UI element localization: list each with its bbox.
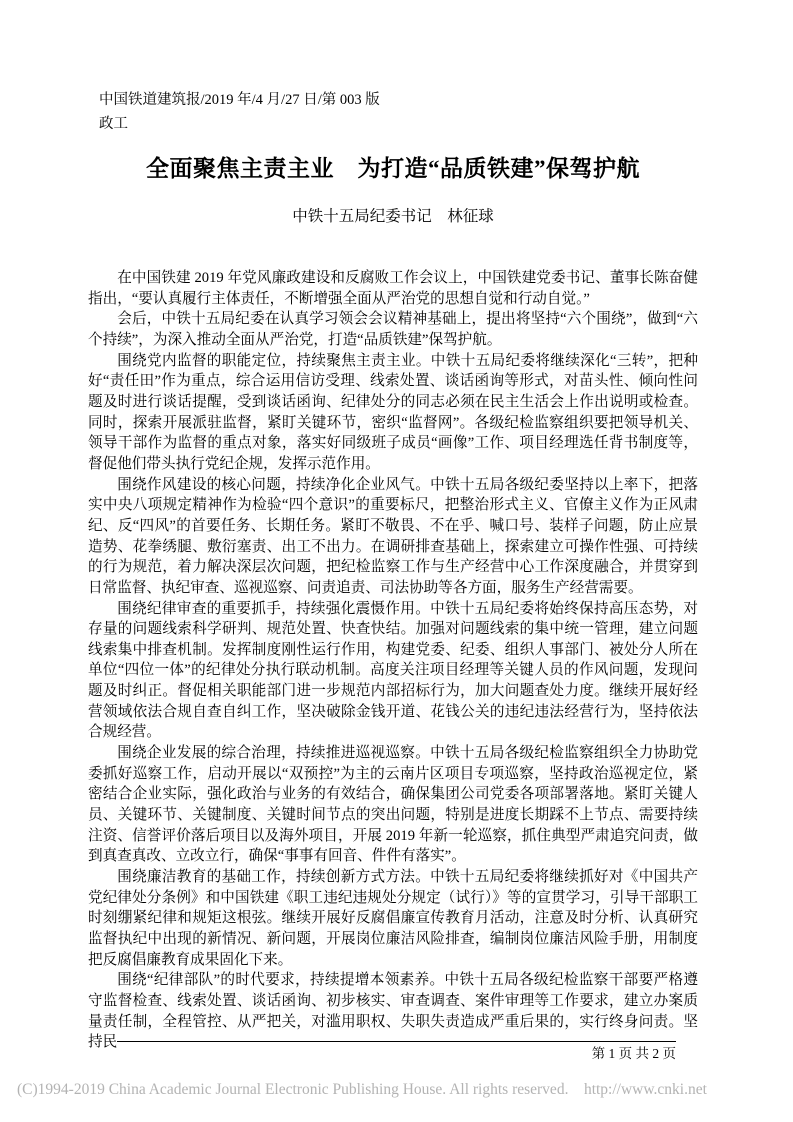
paragraph: 围绕作风建设的核心问题，持续净化企业风气。中铁十五局各级纪委坚持以上率下，把落实… <box>88 475 698 599</box>
paragraph: 在中国铁建 2019 年党风廉政建设和反腐败工作会议上，中国铁建党委书记、董事长… <box>88 268 698 309</box>
publication-meta: 中国铁道建筑报/2019 年/4 月/27 日/第 003 版 政工 <box>99 88 698 136</box>
page-number-indicator: 第 1 页 共 2 页 <box>592 1046 676 1062</box>
paragraph: 围绕纪律审查的重要抓手，持续强化震慑作用。中铁十五局纪委将始终保持高压态势，对存… <box>88 599 698 744</box>
article-author: 中铁十五局纪委书记 林征球 <box>88 206 698 228</box>
paragraph: 围绕党内监督的职能定位，持续聚焦主责主业。中铁十五局纪委将继续深化“三转”，把种… <box>88 351 698 475</box>
paragraph: 围绕企业发展的综合治理，持续推进巡视巡察。中铁十五局各级纪检监察组织全力协助党委… <box>88 743 698 867</box>
footer-divider <box>117 1041 676 1042</box>
publication-section: 政工 <box>99 112 698 136</box>
article-body: 在中国铁建 2019 年党风廉政建设和反腐败工作会议上，中国铁建党委书记、董事长… <box>88 268 698 1053</box>
page-content: 中国铁道建筑报/2019 年/4 月/27 日/第 003 版 政工 全面聚焦主… <box>88 88 698 1053</box>
paragraph: 会后，中铁十五局纪委在认真学习领会会议精神基础上，提出将坚持“六个围绕”，做到“… <box>88 309 698 350</box>
copyright-notice: (C)1994-2019 China Academic Journal Elec… <box>17 1081 707 1099</box>
article-title: 全面聚焦主责主业 为打造“品质铁建”保驾护航 <box>88 155 698 183</box>
paragraph: 围绕廉洁教育的基础工作，持续创新方式方法。中铁十五局纪委将继续抓好对《中国共产党… <box>88 867 698 970</box>
publication-source-line: 中国铁道建筑报/2019 年/4 月/27 日/第 003 版 <box>99 88 698 112</box>
document-page: 中国铁道建筑报/2019 年/4 月/27 日/第 003 版 政工 全面聚焦主… <box>0 0 793 1122</box>
